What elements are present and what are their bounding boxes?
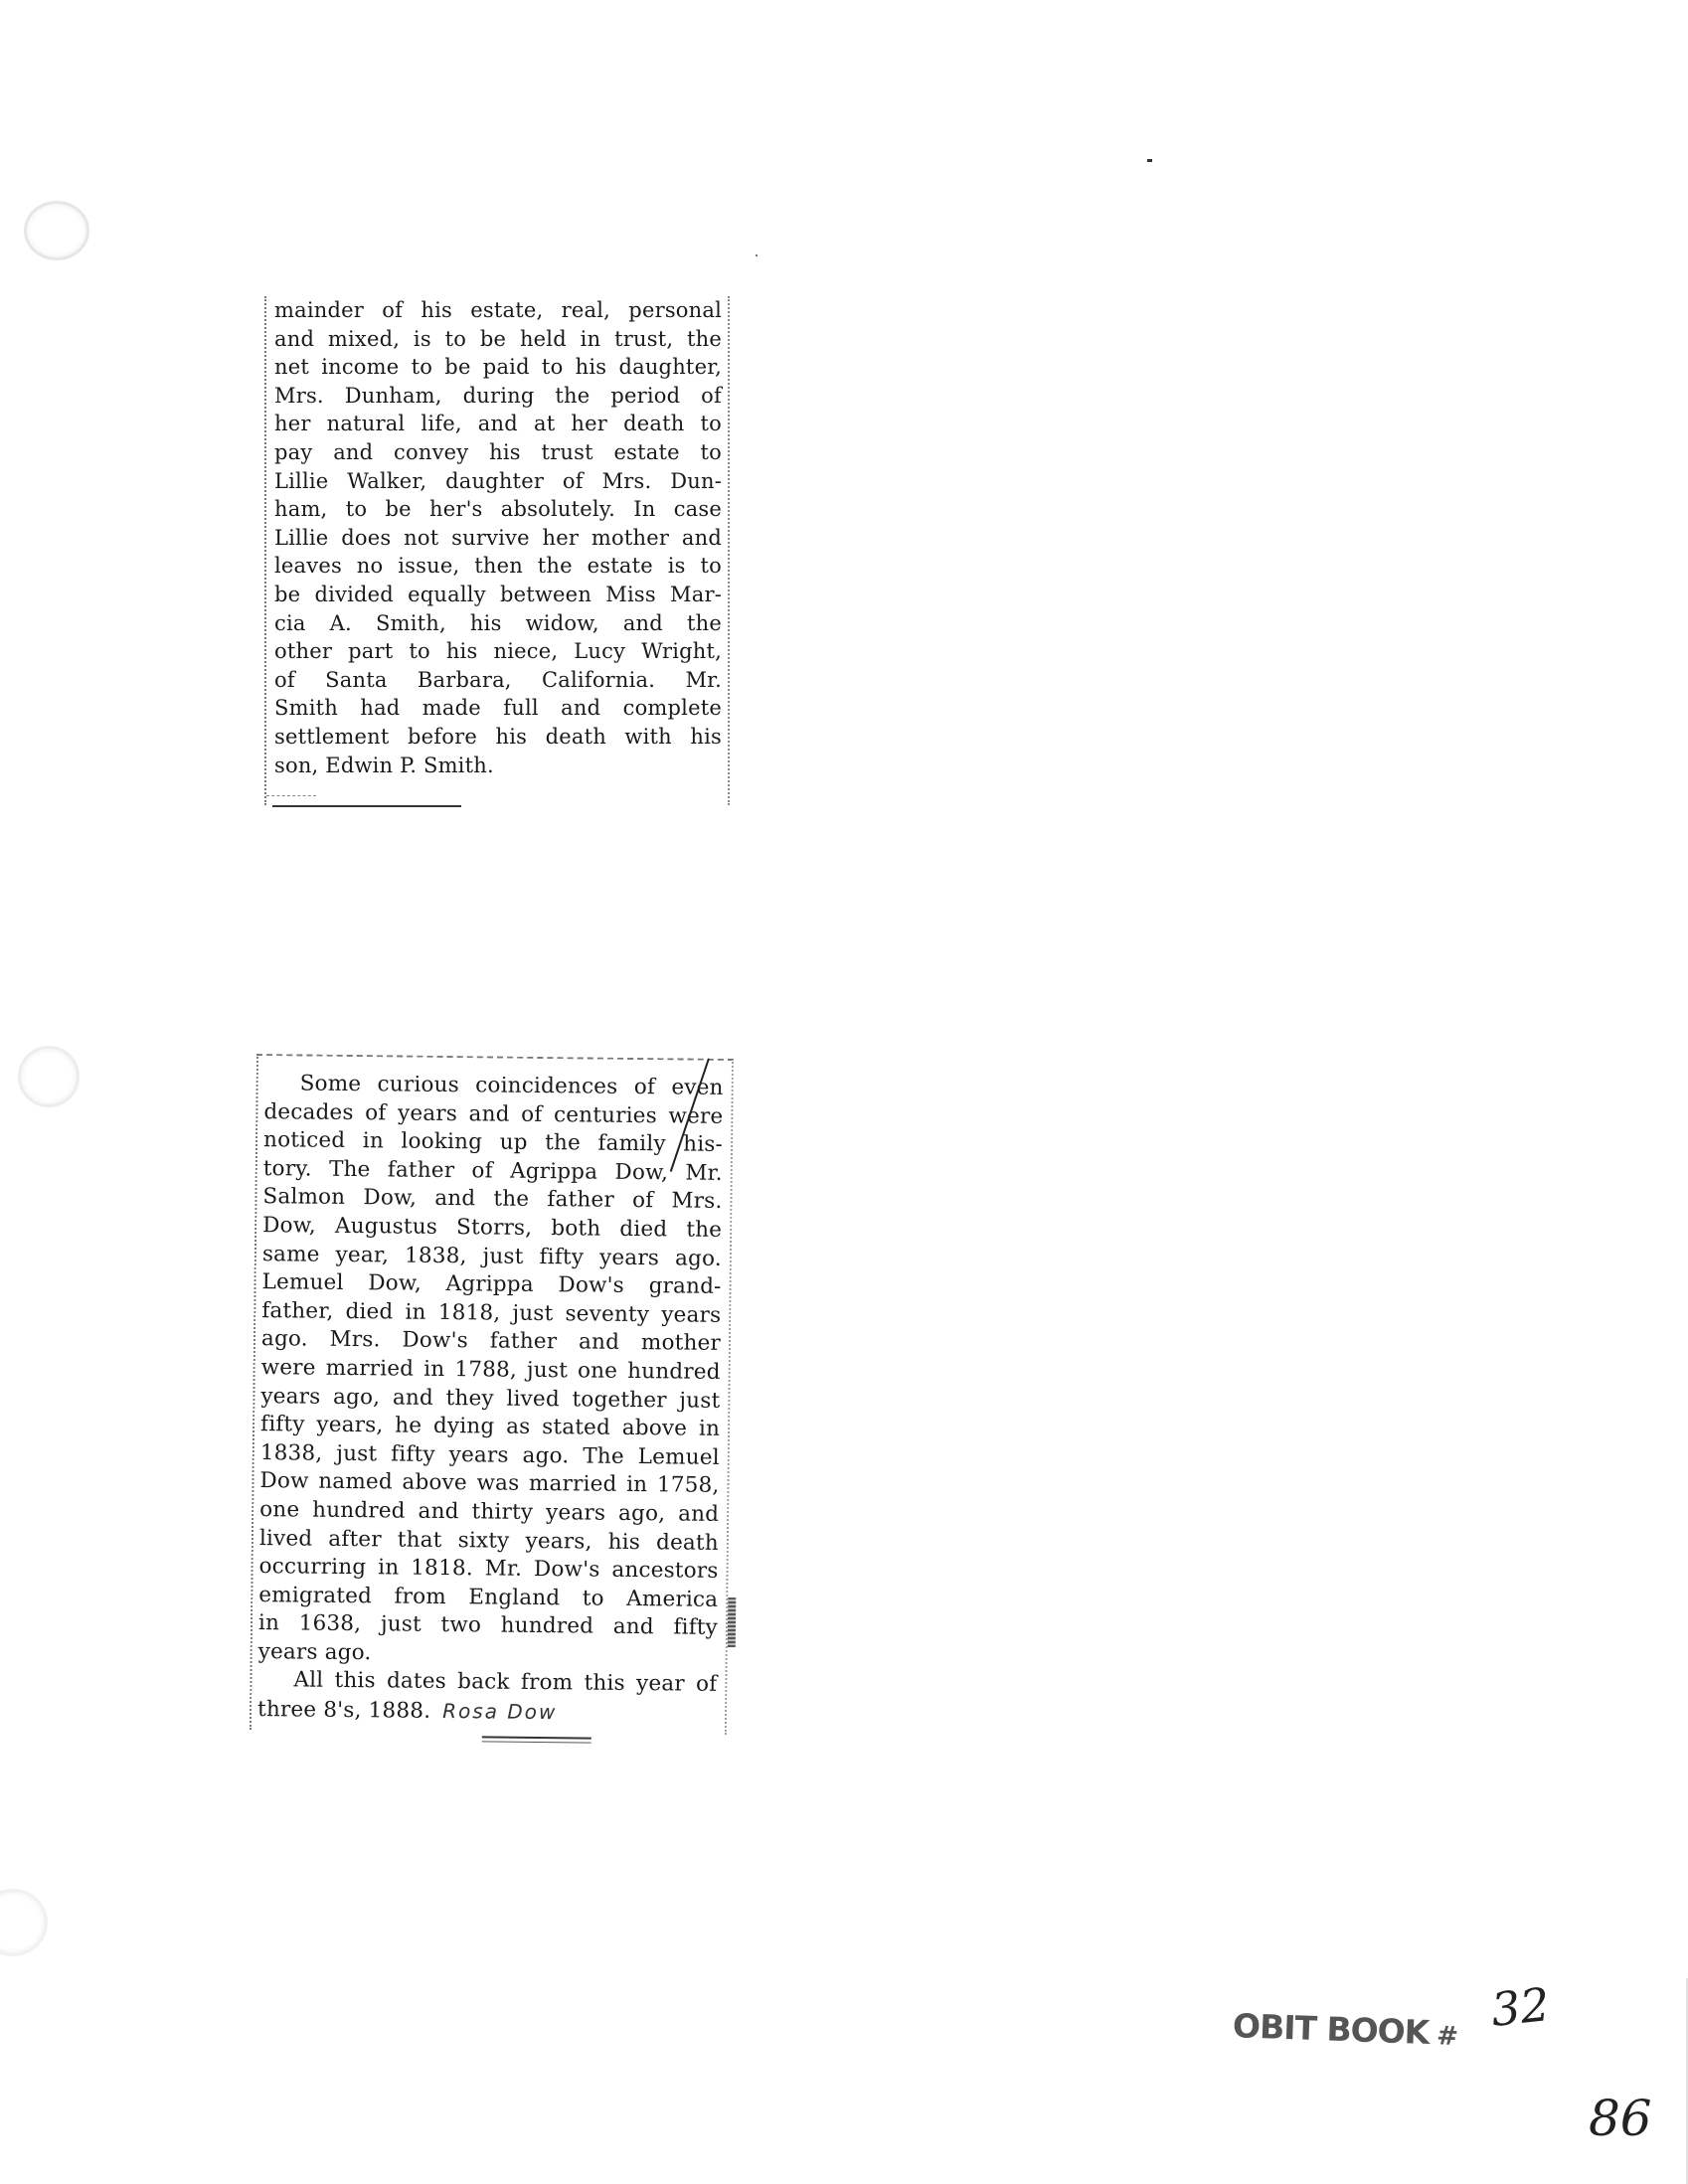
dow-family-clipping: Some curious coincidences of even decade… <box>250 1054 734 1735</box>
clipping-line: Mrs. Dunham, during the period of <box>274 382 722 411</box>
clipping-line: Lillie does not survive her mother and <box>274 524 722 553</box>
clipping-line: in 1638, just two hundred and fifty <box>258 1609 718 1642</box>
punch-hole <box>18 1046 80 1107</box>
clipping-line: settlement before his death with his <box>274 723 722 752</box>
punch-hole <box>0 1889 48 1956</box>
punch-hole <box>24 201 89 260</box>
clipping-line: Smith had made full and complete <box>274 694 722 723</box>
divider <box>266 795 316 797</box>
clipping-line: be divided equally between Miss Mar- <box>274 581 722 609</box>
clipping-line: Lemuel Dow, Agrippa Dow's grand- <box>261 1268 721 1301</box>
clipping-line: son, Edwin P. Smith. <box>274 752 722 780</box>
clipping-line: fifty years, he dying as stated above in <box>260 1411 720 1443</box>
handwritten-signature: Rosa Dow <box>442 1699 557 1724</box>
handwritten-page-number: 86 <box>1589 2090 1652 2147</box>
clipping-line: of Santa Barbara, California. Mr. <box>274 666 722 695</box>
scan-speck <box>1147 159 1152 162</box>
stamp-label: OBIT BOOK <box>1232 2006 1430 2052</box>
clipping-line: occurring in 1818. Mr. Dow's ancestors <box>258 1553 718 1586</box>
clipping-line: ham, to be her's absolutely. In case <box>274 495 722 524</box>
clipping-line: her natural life, and at her death to <box>274 410 722 438</box>
handwritten-book-number: 32 <box>1488 1977 1552 2037</box>
estate-will-clipping: mainder of his estate, real, personal an… <box>264 296 730 805</box>
clipping-line: one hundred and thirty years ago, and <box>259 1496 719 1529</box>
clipping-line: Some curious coincidences of even <box>264 1070 724 1102</box>
clipping-line: three 8's, 1888. <box>257 1697 430 1724</box>
clipping-line: leaves no issue, then the estate is to <box>274 552 722 581</box>
clipping-line: cia A. Smith, his widow, and the <box>274 609 722 638</box>
clipping-line: mainder of his estate, real, personal <box>274 296 722 325</box>
edge-mark <box>728 1597 737 1647</box>
clipping-line: other part to his niece, Lucy Wright, <box>274 637 722 666</box>
clipping-line: net income to be paid to his daughter, <box>274 353 722 382</box>
obit-book-stamp: OBIT BOOK# <box>1232 2006 1457 2053</box>
clipping-line: noticed in looking up the family his- <box>263 1126 723 1159</box>
clipping-line: pay and convey his trust estate to <box>274 438 722 467</box>
clipping-last-line: three 8's, 1888.Rosa Dow <box>257 1695 717 1729</box>
stamp-hash: # <box>1436 2021 1458 2052</box>
clipping-line: Dow, Augustus Storrs, both died the <box>262 1212 722 1245</box>
clipping-line: and mixed, is to be held in trust, the <box>274 325 722 354</box>
clipping-line: were married in 1788, just one hundred <box>261 1354 721 1387</box>
divider <box>272 805 461 807</box>
clipping-line: Lillie Walker, daughter of Mrs. Dun- <box>274 467 722 496</box>
divider <box>482 1736 591 1743</box>
scan-speck <box>756 254 758 256</box>
